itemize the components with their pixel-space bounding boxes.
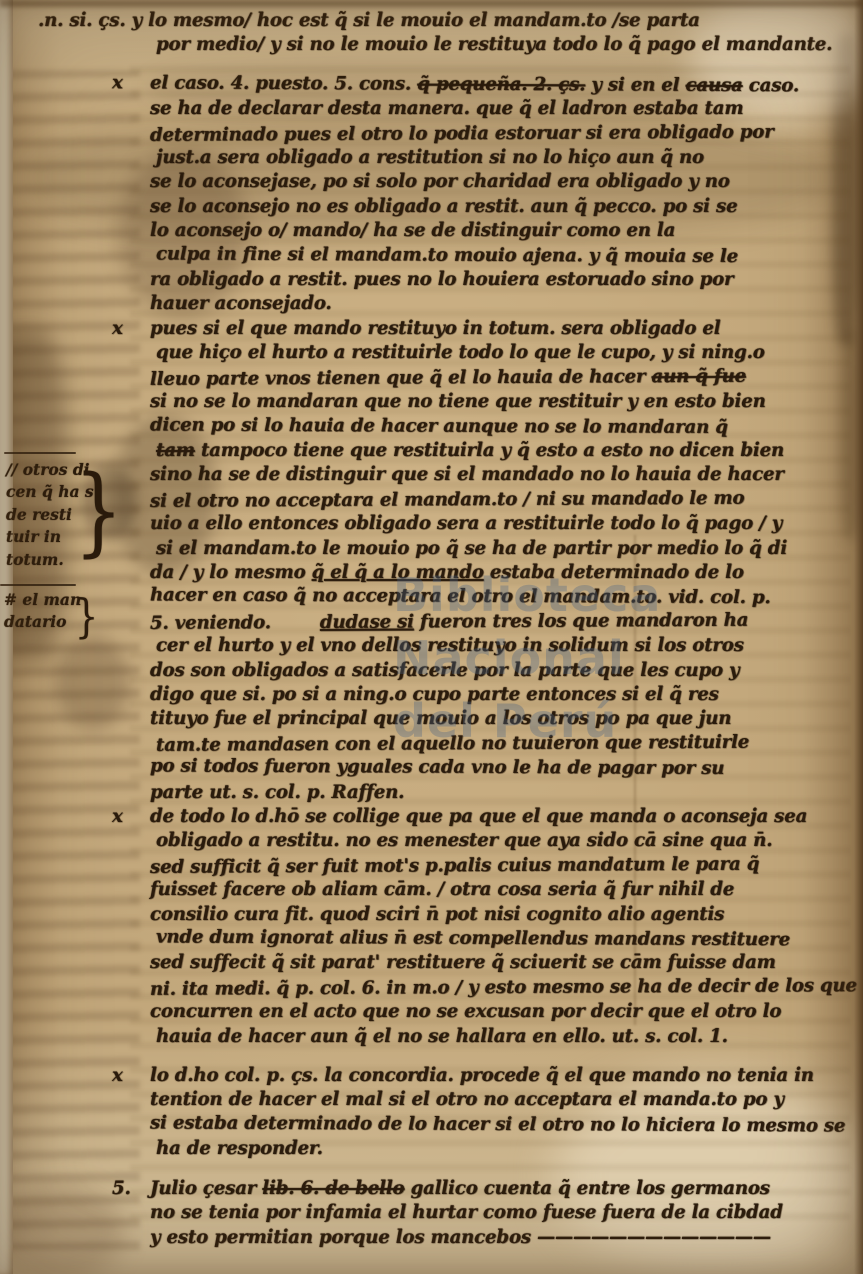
text-line: tention de hacer el mal si el otro no ac…: [150, 1088, 856, 1112]
struck-text: aun q̃ fue: [651, 365, 746, 386]
text-line: .n. si. çs. y lo mesmo/ hoc est q̃ si le…: [38, 9, 856, 33]
text-line: tam tampoco tiene que restituirla y q̃ e…: [156, 439, 856, 463]
text-line: sed suffecit q̃ sit parat' restituere q̃…: [150, 951, 856, 975]
manuscript-page: Biblioteca Nacional del Perú // otros di…: [0, 0, 863, 1274]
text-line: que hiço el hurto a restituirle todo lo …: [156, 341, 856, 365]
struck-text: lib. 6. de bello: [262, 1178, 404, 1199]
margin-note-mandatario: # el mandatario: [4, 589, 81, 634]
note-line: datario: [4, 611, 81, 633]
text-line: fuisset facere ob aliam cām. / otra cosa…: [150, 878, 856, 902]
page-edge-left: [0, 0, 13, 1274]
paragraph-marker: x: [112, 1064, 123, 1088]
text-line: se ha de declarar desta manera. que q̃ e…: [150, 97, 856, 121]
text-line: dicen po si lo hauia de hacer aunque no …: [150, 413, 856, 440]
text-line: xel caso. 4. puesto. 5. cons. q̃ pequeña…: [150, 71, 856, 98]
text-line: sino ha se de distinguir que si el manda…: [150, 463, 856, 487]
text-line: hacer en caso q̃ no acceptara el otro el…: [150, 584, 856, 611]
text-line: tituyo fue el principal que mouio a los …: [150, 707, 856, 731]
text-line: digo que si. po si a ning.o cupo parte e…: [150, 683, 856, 707]
text-line: xlo d.ho col. p. çs. la concordia. proce…: [150, 1064, 856, 1088]
edge-stain: [0, 1185, 125, 1274]
text-line: no se tenia por infamia el hurtar como f…: [150, 1201, 856, 1225]
text-line: obligado a restitu. no es menester que a…: [156, 829, 856, 853]
text-line: ha de responder.: [156, 1137, 856, 1161]
text-line: lo aconsejo o/ mando/ ha se de distingui…: [150, 219, 856, 243]
text-line: 5.Julio çesar lib. 6. de bello gallico c…: [150, 1177, 856, 1201]
text-line: cer el hurto y el vno dellos restituyo i…: [156, 634, 856, 658]
text-line: tam.te mandasen con el aquello no tuuier…: [156, 730, 856, 758]
struck-text: q̃ pequeña. 2. çs.: [417, 73, 585, 95]
text-line: consilio cura fit. quod sciri n̄ pot nis…: [150, 903, 856, 927]
text-line: xde todo lo d.hō se collige que pa que e…: [150, 805, 856, 829]
text-line: dos son obligados a satisfacerle por la …: [150, 659, 856, 683]
paragraph-marker: x: [112, 71, 123, 95]
text-line: xpues si el que mando restituyo in totum…: [150, 317, 856, 341]
text-line: si el otro no acceptara el mandam.to / n…: [150, 486, 856, 514]
text-line: culpa in fine si el mandam.to mouio ajen…: [156, 242, 856, 269]
ink-smudge: [55, 635, 130, 730]
text-line: ra obligado a restit. pues no lo houiera…: [150, 268, 856, 292]
text-line: hauia de hacer aun q̃ el no se hallara e…: [156, 1025, 856, 1049]
text-line: se lo aconsejase, po si solo por charida…: [150, 170, 856, 194]
text-line: vnde dum ignorat alius n̄ est compellend…: [156, 926, 856, 953]
underlined-text: q̃ el q̃ a lo mando: [312, 562, 484, 583]
text-line: determinado pues el otro lo podia estoru…: [150, 120, 856, 148]
text-line: lleuo parte vnos tienen que q̃ el lo hau…: [150, 364, 856, 392]
text-line: just.a sera obligado a restitution si no…: [156, 146, 856, 170]
page-edge-top: [0, 0, 863, 7]
paragraph-marker: x: [112, 317, 123, 341]
underlined-text: dudase si: [320, 611, 414, 632]
text-line: si no se lo mandaran que no tiene que re…: [150, 390, 856, 414]
text-line: y esto permitian porque los mancebos ———…: [150, 1226, 856, 1250]
paragraph-marker: x: [112, 805, 123, 829]
text-line: po si todos fueron yguales cada vno le h…: [150, 755, 856, 782]
margin-brace-icon: }: [75, 588, 98, 644]
text-line: si el mandam.to le mouio po q̃ se ha de …: [156, 537, 856, 561]
margin-brace-icon: }: [74, 452, 123, 570]
margin-divider-bottom: [0, 584, 76, 586]
text-line: 5. veniendo. dudase si fueron tres los q…: [150, 608, 856, 636]
text-block: .n. si. çs. y lo mesmo/ hoc est q̃ si le…: [150, 9, 856, 1250]
text-line: uio a ello entonces obligado sera a rest…: [150, 512, 856, 536]
text-line: hauer aconsejado.: [150, 292, 856, 316]
text-line: ni. ita medi. q̃ p. col. 6. in m.o / y e…: [150, 974, 856, 1002]
margin-divider-top: [4, 452, 76, 454]
note-line: # el man: [4, 589, 81, 611]
text-line: por medio/ y si no le mouio le restituya…: [156, 33, 856, 57]
text-line: parte ut. s. col. p. Raffen.: [150, 781, 856, 805]
text-line: se lo aconsejo no es obligado a restit. …: [150, 195, 856, 219]
text-line: da / y lo mesmo q̃ el q̃ a lo mando esta…: [150, 561, 856, 585]
struck-text: tam: [156, 440, 195, 461]
text-line: concurren en el acto que no se excusan p…: [150, 1000, 856, 1024]
struck-text: causa: [686, 75, 743, 96]
paragraph-marker: 5.: [112, 1177, 131, 1201]
text-line: si estaba determinado de lo hacer si el …: [150, 1111, 856, 1138]
manuscript-scan: { "colors": { "paper": "#c2a77b", "ink":…: [0, 0, 863, 1274]
text-line: sed sufficit q̃ ser fuit mot's p.palis c…: [150, 852, 856, 880]
